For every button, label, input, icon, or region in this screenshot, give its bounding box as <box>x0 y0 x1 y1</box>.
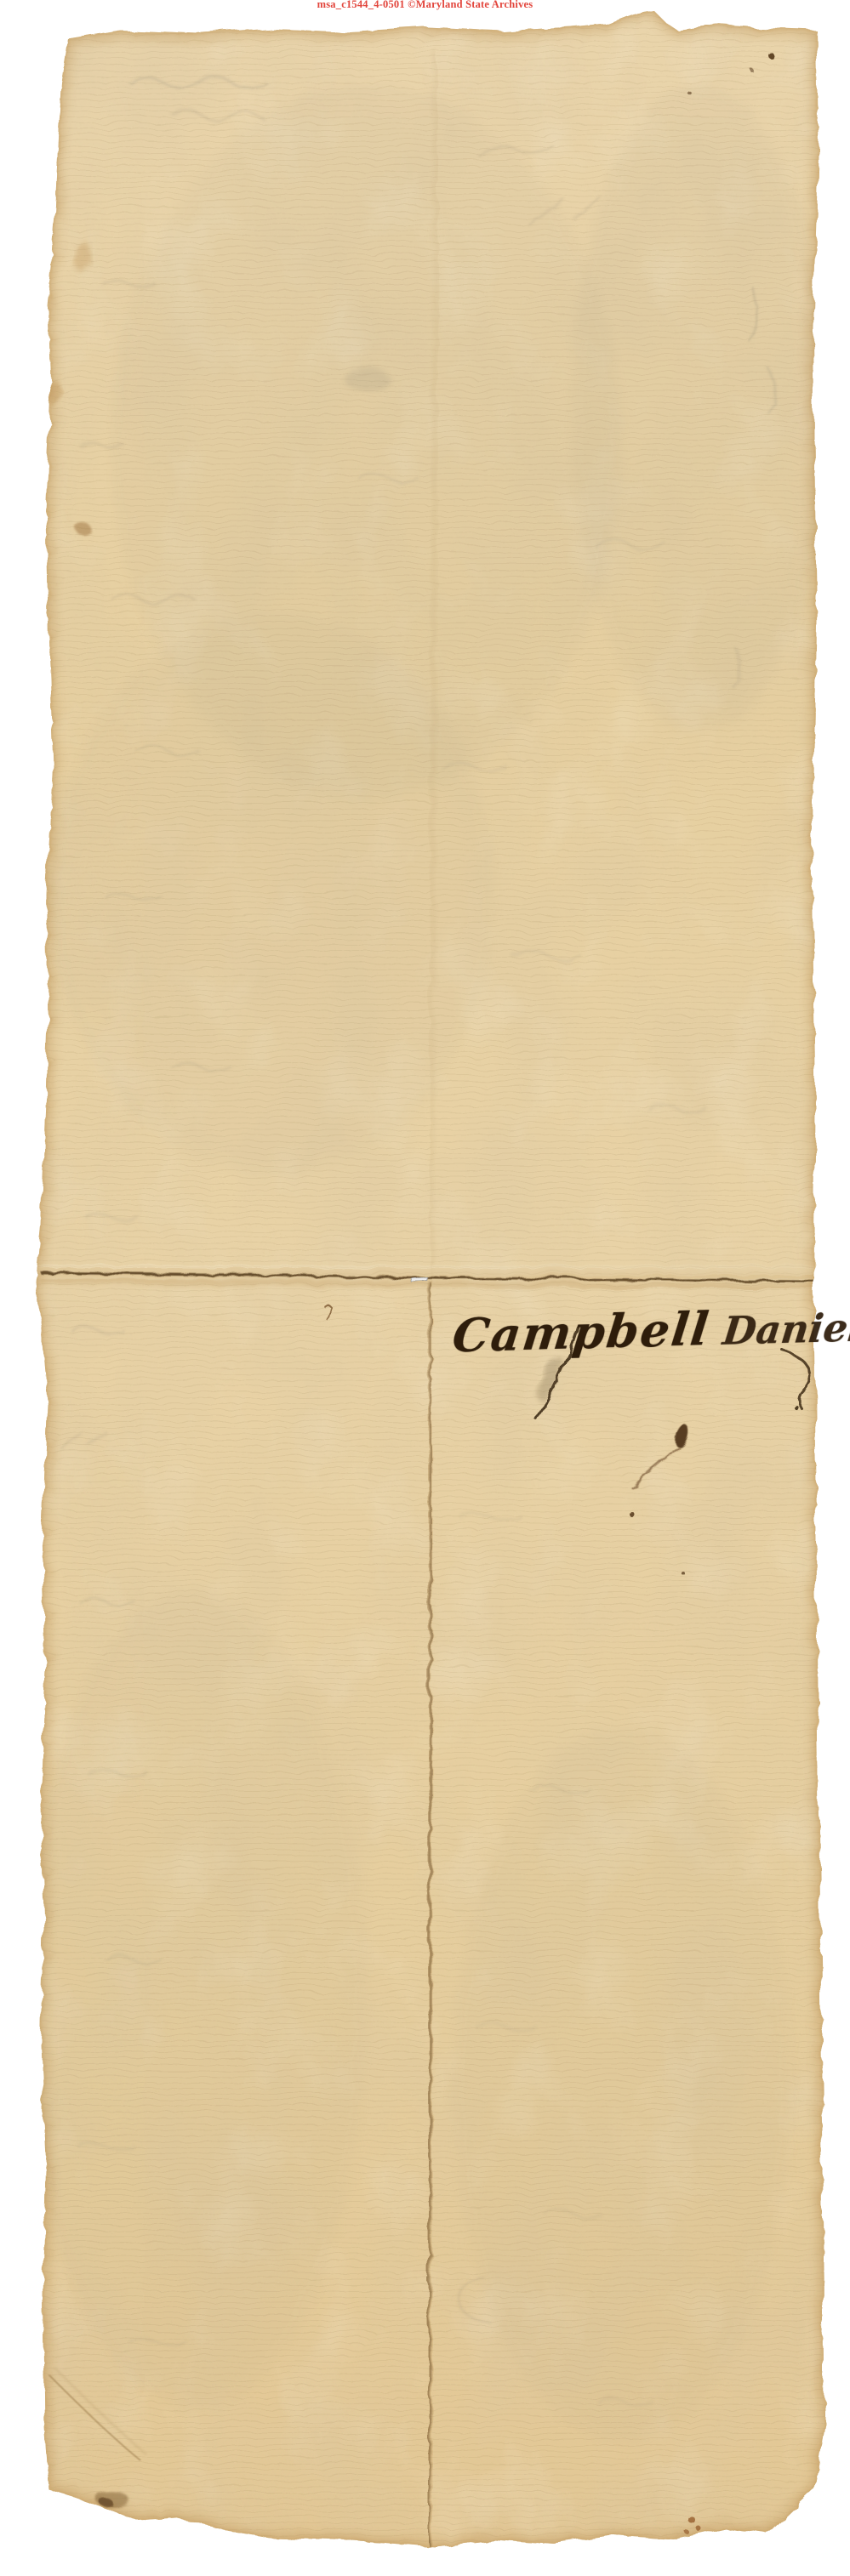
vertical-fold-crease <box>427 1281 431 2545</box>
inscription-word-2: Daniell <box>721 1305 850 1354</box>
archive-watermark-caption: msa_c1544_4-0501 ©Maryland State Archive… <box>0 0 850 11</box>
manuscript-sheet-svg <box>0 0 850 2576</box>
paper-sheet <box>17 0 842 2576</box>
inscription-word-1: Campbell <box>450 1301 713 1362</box>
docket-inscription: CampbellDaniell <box>450 1297 850 1362</box>
archival-scan: msa_c1544_4-0501 ©Maryland State Archive… <box>0 0 850 2576</box>
